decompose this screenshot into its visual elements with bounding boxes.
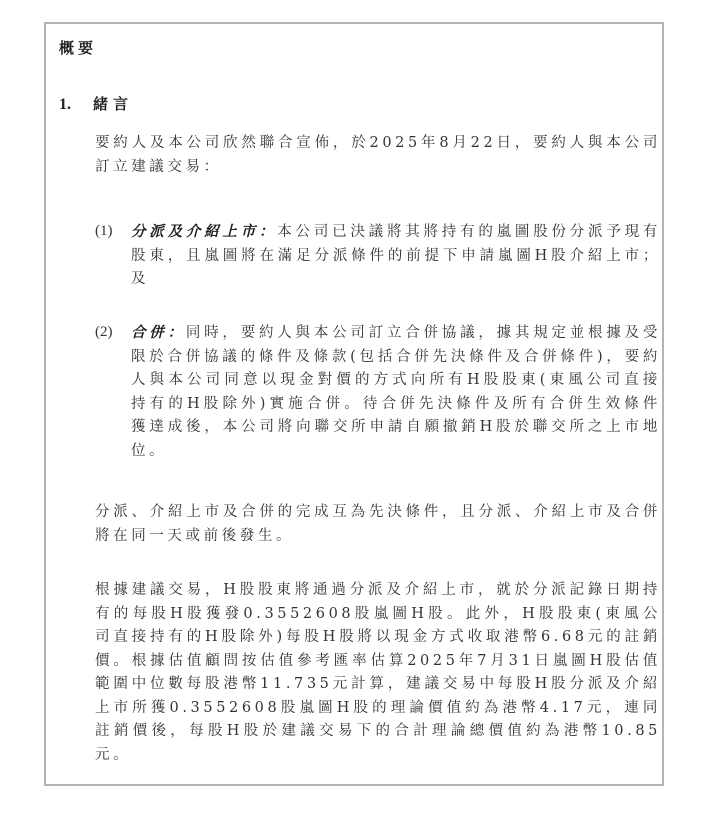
- list-item-merger: (2) 合併：同時，要約人與本公司訂立合併協議，據其規定並根據及受限於合併協議的…: [95, 321, 661, 463]
- list-item-lead: 合併：: [131, 324, 186, 341]
- list-item-text: 同時，要約人與本公司訂立合併協議，據其規定並根據及受限於合併協議的條件及條款(包…: [131, 325, 661, 459]
- list-marker: (1): [95, 220, 113, 244]
- consideration-paragraph: 根據建議交易，H股股東將通過分派及介紹上市，就於分派記錄日期持有的每股H股獲發0…: [95, 579, 661, 767]
- section-heading: 1.緒言: [59, 93, 133, 114]
- list-marker: (2): [95, 321, 113, 345]
- list-item-body: 合併：同時，要約人與本公司訂立合併協議，據其規定並根據及受限於合併協議的條件及條…: [131, 321, 661, 463]
- section-title: 緒言: [93, 95, 133, 113]
- document-title: 概要: [59, 37, 97, 58]
- summary-box: 概要 1.緒言 要約人及本公司欣然聯合宣佈，於2025年8月22日，要約人與本公…: [44, 22, 664, 786]
- conditions-paragraph: 分派、介紹上市及合併的完成互為先決條件，且分派、介紹上市及合併將在同一天或前後發…: [95, 501, 661, 548]
- section-number: 1.: [59, 96, 93, 114]
- list-item-lead: 分派及介紹上市：: [131, 223, 277, 240]
- intro-paragraph: 要約人及本公司欣然聯合宣佈，於2025年8月22日，要約人與本公司訂立建議交易：: [95, 132, 661, 179]
- list-item-distribution: (1) 分派及介紹上市：本公司已決議將其將持有的嵐圖股份分派予現有股東，且嵐圖將…: [95, 220, 661, 292]
- list-item-body: 分派及介紹上市：本公司已決議將其將持有的嵐圖股份分派予現有股東，且嵐圖將在滿足分…: [131, 220, 661, 292]
